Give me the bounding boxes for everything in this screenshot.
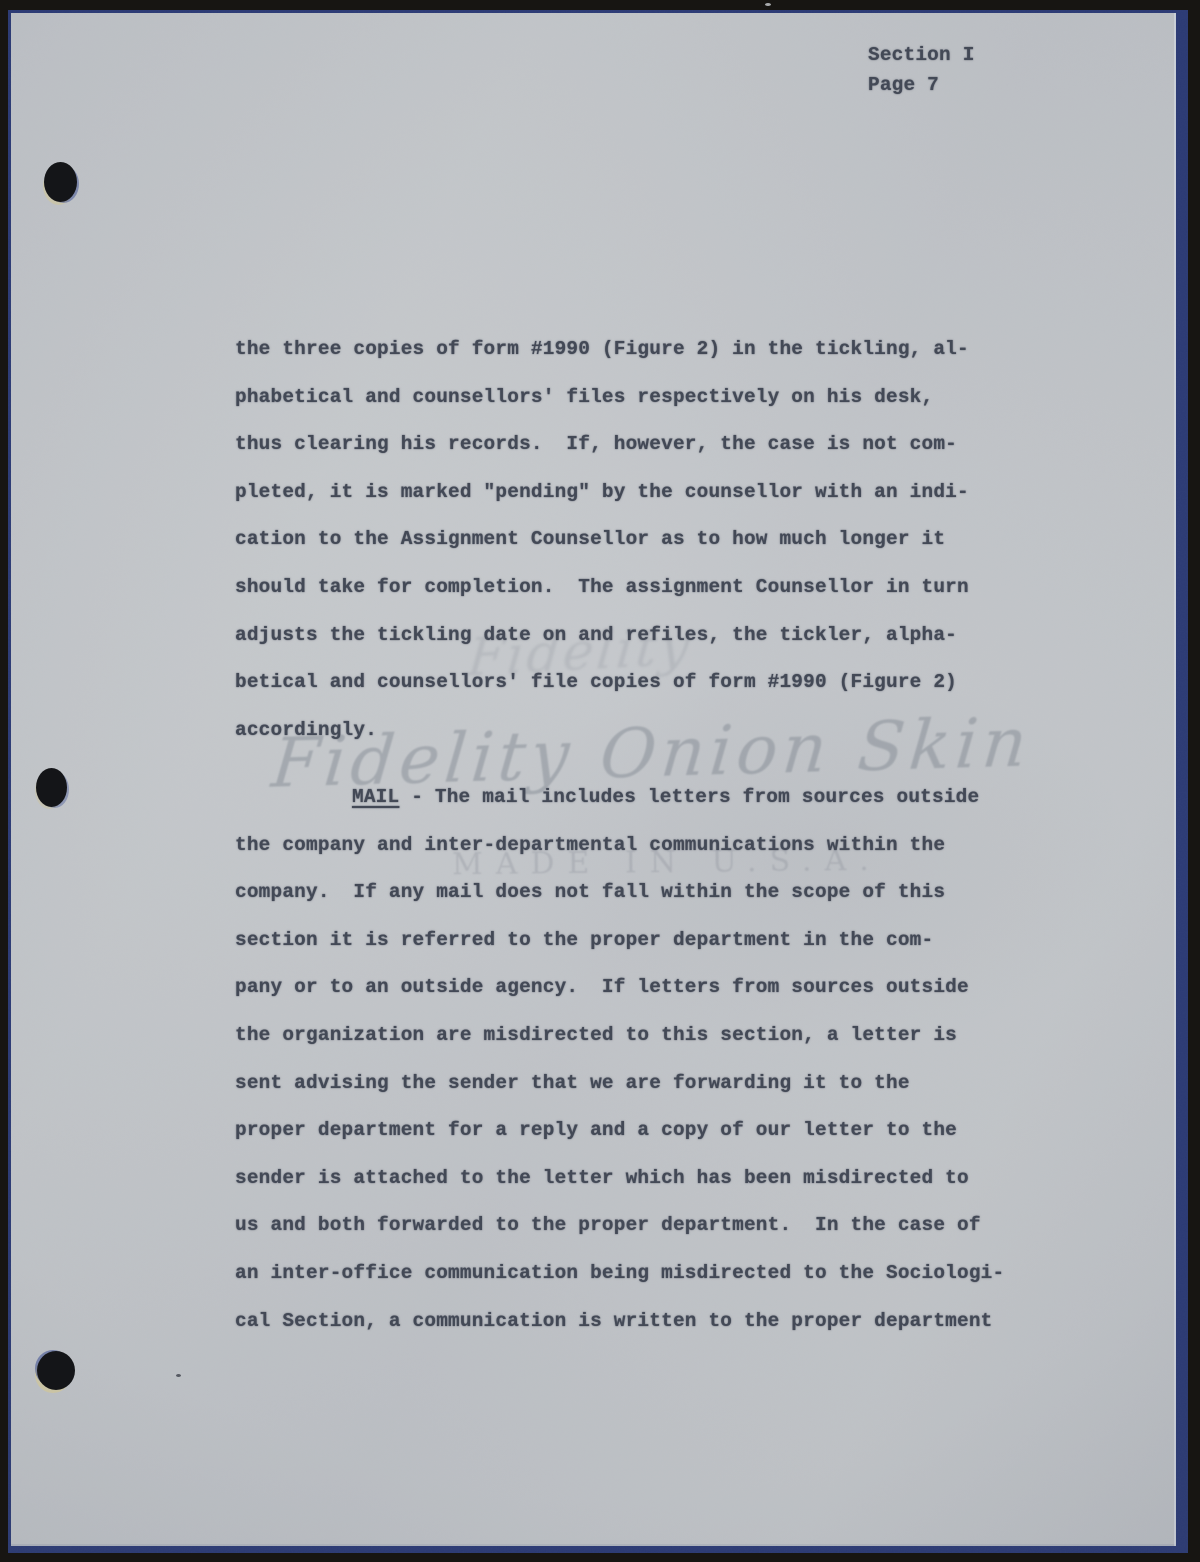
typed-line: betical and counsellors' file copies of …: [235, 659, 969, 707]
scanned-document-page: Fidelity Onion Skin Fidelity Onion Skin …: [0, 0, 1200, 1562]
hole-punch-middle: [36, 768, 67, 807]
typed-line: phabetical and counsellors' files respec…: [235, 374, 969, 422]
hole-punch-top: [44, 162, 77, 202]
mail-keyword-underlined: MAIL: [352, 786, 399, 808]
typed-line: us and both forwarded to the proper depa…: [235, 1202, 1004, 1250]
hole-punch-bottom: [37, 1351, 75, 1390]
typed-line: the organization are misdirected to this…: [235, 1012, 1004, 1060]
page-header: Section I Page 7: [868, 40, 975, 100]
typed-line: section it is referred to the proper dep…: [235, 917, 1004, 965]
typed-line: proper department for a reply and a copy…: [235, 1107, 1004, 1155]
header-page-label: Page 7: [868, 70, 975, 100]
typed-line: pleted, it is marked "pending" by the co…: [235, 469, 969, 517]
paragraph-1: the three copies of form #1990 (Figure 2…: [235, 326, 969, 754]
typed-line: sent advising the sender that we are for…: [235, 1060, 1004, 1108]
typed-line: should take for completion. The assignme…: [235, 564, 969, 612]
typed-line: accordingly.: [235, 707, 969, 755]
paragraph-2: MAIL - The mail includes letters from so…: [235, 774, 1004, 1345]
typed-line: adjusts the tickling date on and refiles…: [235, 612, 969, 660]
typed-line-rest: - The mail includes letters from sources…: [399, 786, 979, 808]
typed-line: cation to the Assignment Counsellor as t…: [235, 516, 969, 564]
scan-speck: [765, 3, 771, 6]
typed-line: the company and inter-departmental commu…: [235, 822, 1004, 870]
typed-line: pany or to an outside agency. If letters…: [235, 964, 1004, 1012]
typed-line: the three copies of form #1990 (Figure 2…: [235, 326, 969, 374]
typed-line: an inter-office communication being misd…: [235, 1250, 1004, 1298]
typed-line: MAIL - The mail includes letters from so…: [235, 774, 1004, 822]
header-section-label: Section I: [868, 40, 975, 70]
typed-line: thus clearing his records. If, however, …: [235, 421, 969, 469]
typed-line: company. If any mail does not fall withi…: [235, 869, 1004, 917]
typed-line: cal Section, a communication is written …: [235, 1298, 1004, 1346]
typed-line: sender is attached to the letter which h…: [235, 1155, 1004, 1203]
